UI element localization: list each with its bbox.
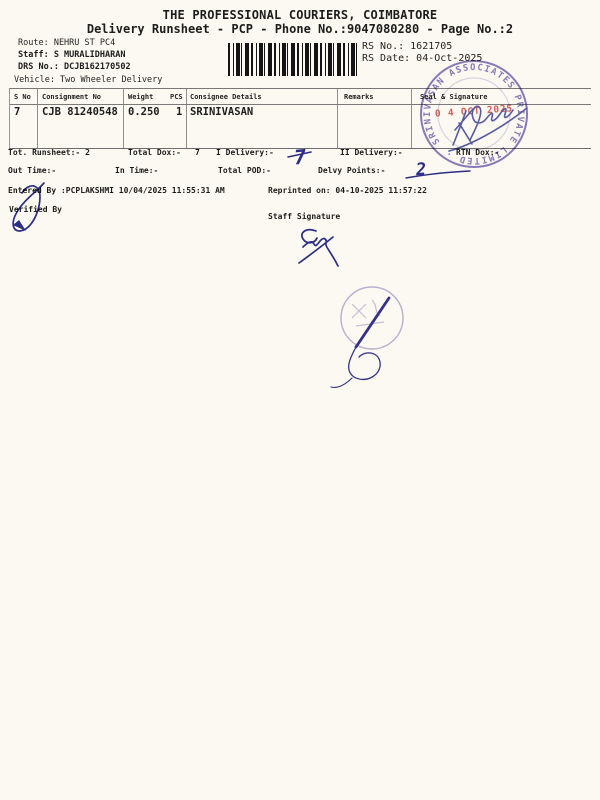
faint-stamp: [331, 287, 403, 387]
handwritten-i-delivery: 7: [288, 145, 311, 170]
company-seal-stamp: SRINIVASAN ASSOCIATES PRIVATE LIMITED · …: [421, 61, 527, 167]
verified-signature: [13, 183, 44, 231]
handwritten-two: 2: [414, 160, 427, 181]
runsheet-document: THE PROFESSIONAL COURIERS, COIMBATORE De…: [0, 0, 600, 800]
staff-signature-mark: [299, 230, 338, 266]
ink-overlay: 7 2: [0, 0, 600, 800]
handwritten-seven: 7: [293, 145, 307, 170]
